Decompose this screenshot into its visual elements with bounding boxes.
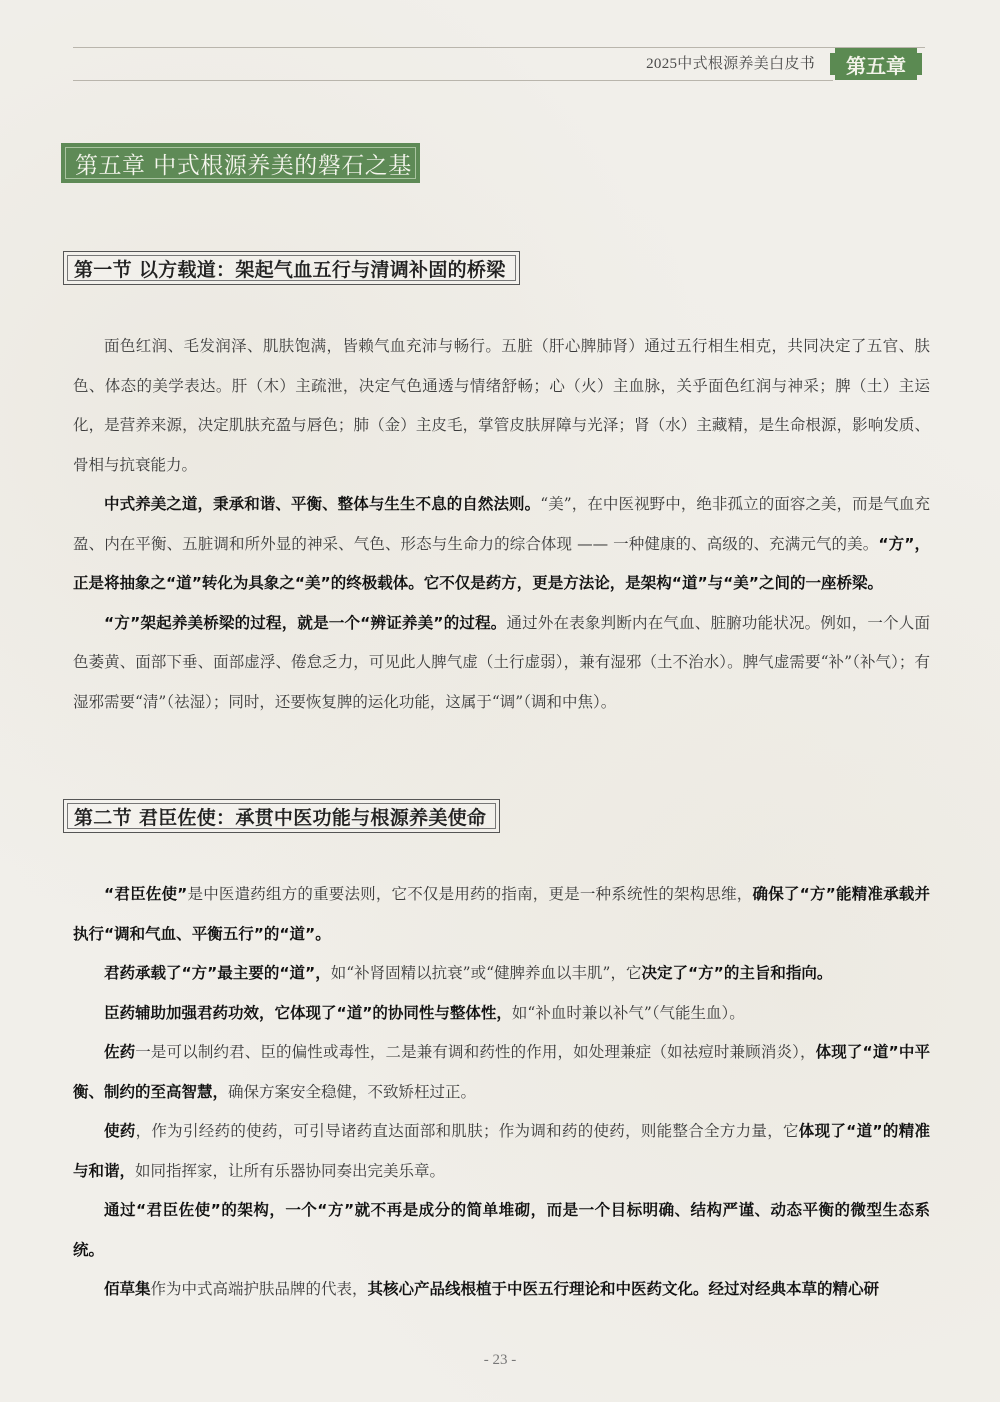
section-heading-1-text: 第一节 以方载道：架起气血五行与清调补固的桥梁 [64, 255, 506, 282]
emphasis-text: 臣药辅助加强君药功效，它体现了“道”的协同性与整体性， [104, 1004, 512, 1022]
section-2-body: “君臣佐使”是中医遣药组方的重要法则，它不仅是用药的指南，更是一种系统性的架构思… [73, 875, 930, 1310]
section-heading-1: 第一节 以方载道：架起气血五行与清调补固的桥梁 [63, 251, 520, 285]
emphasis-text: 其核心产品线根植于中医五行理论和中医药文化。经过对经典本草的精心研 [368, 1280, 880, 1298]
paragraph: 中式养美之道，秉承和谐、平衡、整体与生生不息的自然法则。“美”，在中医视野中，绝… [73, 485, 930, 604]
paragraph: 通过“君臣佐使”的架构，一个“方”就不再是成分的简单堆砌，而是一个目标明确、结构… [73, 1191, 930, 1270]
body-text-run: 如“补肾固精以抗衰”或“健脾养血以丰肌”，它 [331, 964, 642, 982]
chapter-badge: 第五章 [830, 48, 922, 80]
paragraph: 佰草集作为中式高端护肤品牌的代表，其核心产品线根植于中医五行理论和中医药文化。经… [73, 1270, 930, 1310]
chapter-heading-text: 第五章 中式根源养美的磐石之基 [61, 147, 412, 180]
emphasis-text: “方”架起养美桥梁的过程，就是一个“辨证养美”的过程。 [104, 614, 506, 632]
body-text-run: 一是可以制约君、臣的偏性或毒性，二是兼有调和药性的作用，如处理兼症（如祛痘时兼顾… [135, 1043, 815, 1061]
header-rule-top [73, 47, 925, 48]
paragraph: 使药，作为引经药的使药，可引导诸药直达面部和肌肤；作为调和药的使药，则能整合全方… [73, 1112, 930, 1191]
body-text-run: 确保方案安全稳健，不致矫枉过正。 [228, 1083, 476, 1101]
body-text-run: 是中医遣药组方的重要法则，它不仅是用药的指南，更是一种系统性的架构思维， [187, 885, 752, 903]
section-heading-2: 第二节 君臣佐使：承贯中医功能与根源养美使命 [63, 799, 500, 833]
body-text-run: 作为中式高端护肤品牌的代表， [151, 1280, 368, 1298]
paragraph: 臣药辅助加强君药功效，它体现了“道”的协同性与整体性，如“补血时兼以补气”（气能… [73, 994, 930, 1034]
emphasis-text: 决定了“方”的主旨和指向。 [641, 964, 832, 982]
chapter-heading: 第五章 中式根源养美的磐石之基 [61, 143, 420, 183]
body-text-run: 面色红润、毛发润泽、肌肤饱满，皆赖气血充沛与畅行。五脏（肝心脾肺肾）通过五行相生… [73, 337, 930, 474]
paragraph: 君药承载了“方”最主要的“道”，如“补肾固精以抗衰”或“健脾养血以丰肌”，它决定… [73, 954, 930, 994]
section-1-body: 面色红润、毛发润泽、肌肤饱满，皆赖气血充沛与畅行。五脏（肝心脾肺肾）通过五行相生… [73, 327, 930, 722]
emphasis-text: 通过“君臣佐使”的架构，一个“方”就不再是成分的简单堆砌，而是一个目标明确、结构… [73, 1201, 930, 1259]
page-number: - 23 - [0, 1352, 1000, 1369]
document-title: 2025中式根源养美白皮书 [600, 52, 815, 73]
emphasis-text: 君药承载了“方”最主要的“道”， [104, 964, 331, 982]
emphasis-text: 中式养美之道，秉承和谐、平衡、整体与生生不息的自然法则。 [104, 495, 540, 513]
emphasis-text: 佰草集 [104, 1280, 151, 1298]
body-text-run: 如同指挥家，让所有乐器协同奏出完美乐章。 [135, 1162, 445, 1180]
body-text-run: 如“补血时兼以补气”（气能生血）。 [512, 1004, 745, 1022]
paragraph: 佐药一是可以制约君、臣的偏性或毒性，二是兼有调和药性的作用，如处理兼症（如祛痘时… [73, 1033, 930, 1112]
body-text-run: ，作为引经药的使药，可引导诸药直达面部和肌肤；作为调和药的使药，则能整合全方力量… [136, 1122, 799, 1140]
paragraph: “方”架起养美桥梁的过程，就是一个“辨证养美”的过程。通过外在表象判断内在气血、… [73, 604, 930, 723]
section-heading-2-text: 第二节 君臣佐使：承贯中医功能与根源养美使命 [64, 803, 486, 830]
emphasis-text: 佐药 [104, 1043, 135, 1061]
emphasis-text: 使药 [104, 1122, 136, 1140]
paragraph: “君臣佐使”是中医遣药组方的重要法则，它不仅是用药的指南，更是一种系统性的架构思… [73, 875, 930, 954]
emphasis-text: “君臣佐使” [104, 885, 187, 903]
paragraph: 面色红润、毛发润泽、肌肤饱满，皆赖气血充沛与畅行。五脏（肝心脾肺肾）通过五行相生… [73, 327, 930, 485]
header-rule-bottom [73, 80, 833, 81]
